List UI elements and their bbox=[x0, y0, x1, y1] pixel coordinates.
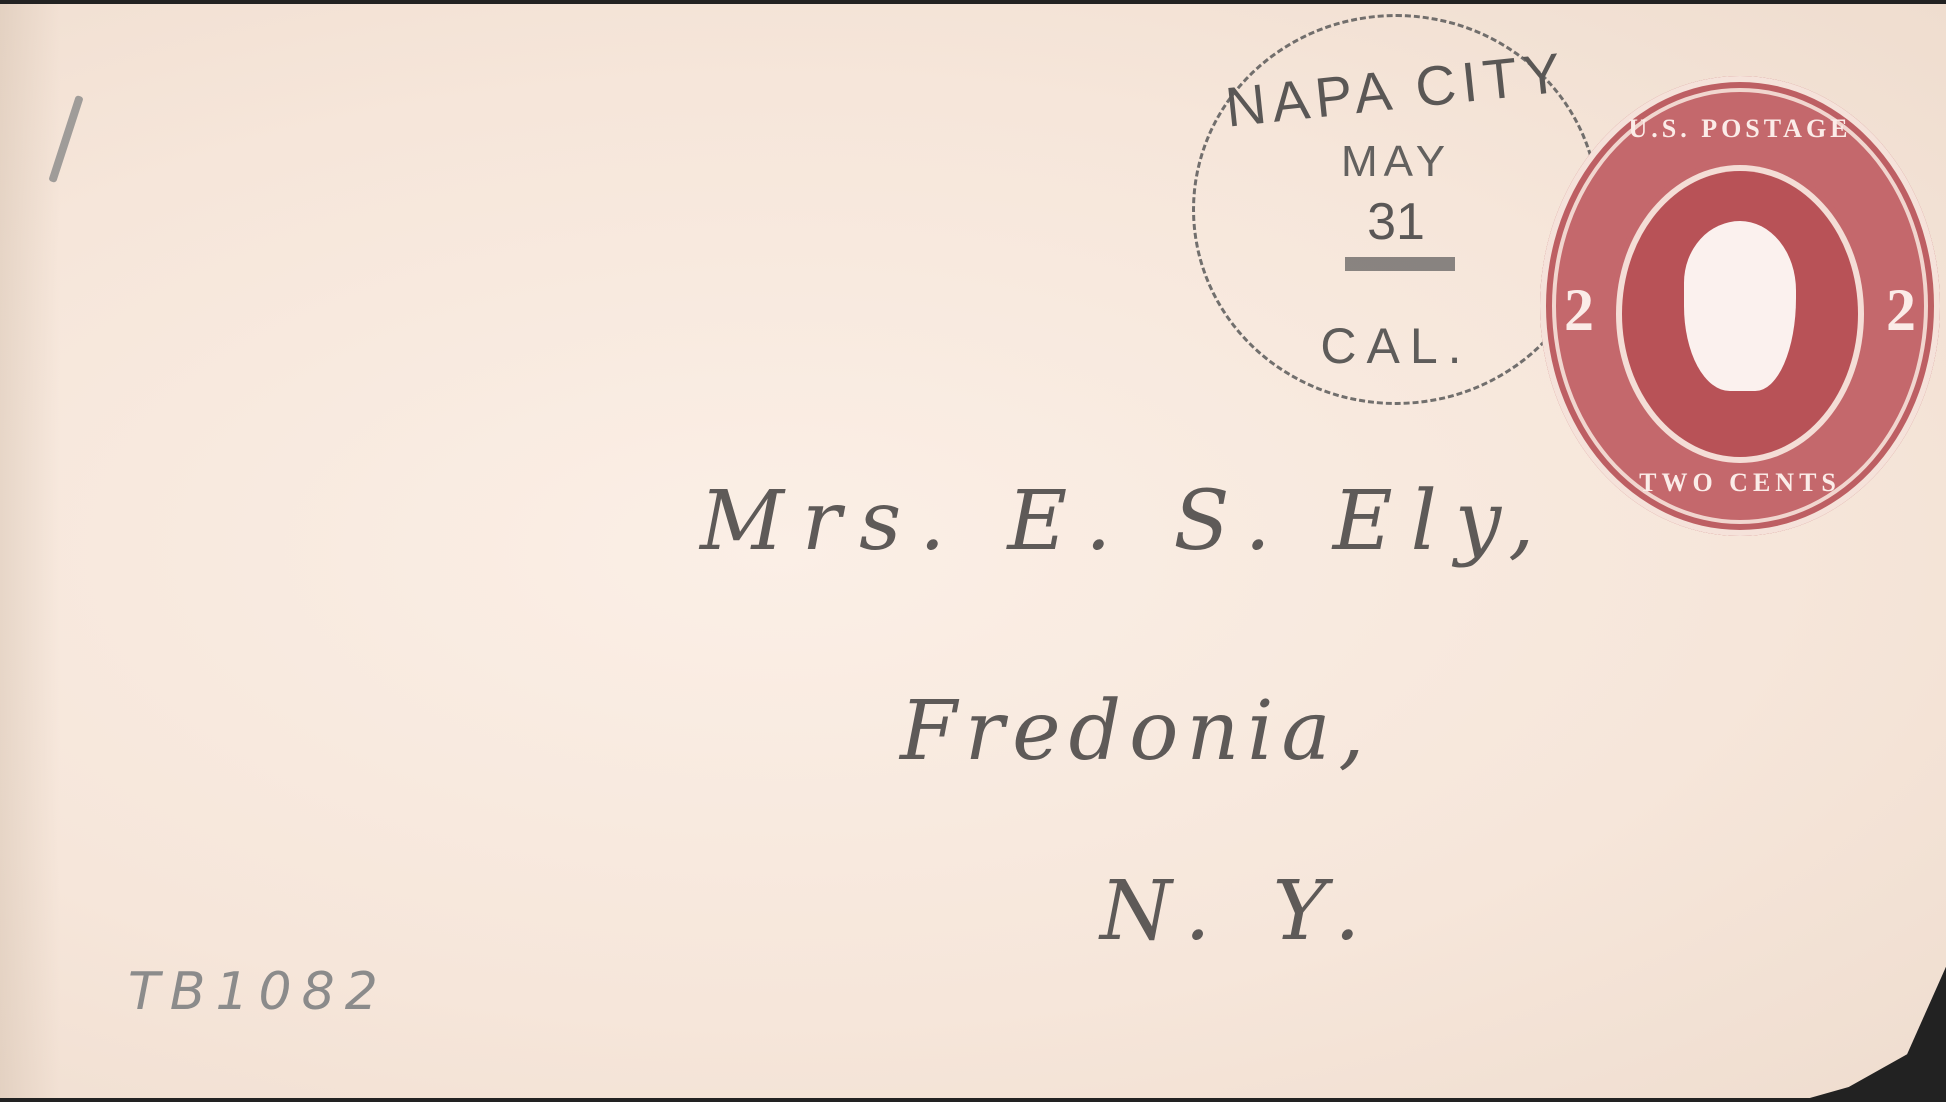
stamp-denomination-right: 2 bbox=[1886, 276, 1916, 345]
pencil-catalog-number: TB1082 bbox=[128, 962, 388, 1022]
washington-profile-icon bbox=[1684, 221, 1796, 391]
address-name: Mrs. E. S. Ely, bbox=[700, 474, 1552, 569]
stamp-bottom-text: TWO CENTS bbox=[1540, 468, 1940, 498]
postmark-month: MAY bbox=[1195, 137, 1597, 187]
envelope: TB1082 NAPA CITY MAY 31 CAL. U.S. POSTAG… bbox=[0, 4, 1946, 1098]
address-city: Fredonia, bbox=[900, 684, 1372, 779]
postage-stamp: U.S. POSTAGE 2 2 TWO CENTS bbox=[1540, 76, 1940, 536]
postmark-bar bbox=[1345, 257, 1455, 271]
stamp-portrait-oval bbox=[1622, 171, 1858, 457]
envelope-edge-shading bbox=[0, 4, 60, 1098]
postmark-city: NAPA CITY bbox=[1193, 36, 1600, 143]
postmark: NAPA CITY MAY 31 CAL. bbox=[1192, 14, 1600, 405]
stamp-denomination-left: 2 bbox=[1564, 276, 1594, 345]
address-state: N. Y. bbox=[1100, 864, 1378, 959]
stamp-top-text: U.S. POSTAGE bbox=[1540, 114, 1940, 144]
postmark-day: 31 bbox=[1195, 192, 1597, 252]
postmark-state: CAL. bbox=[1195, 317, 1597, 375]
